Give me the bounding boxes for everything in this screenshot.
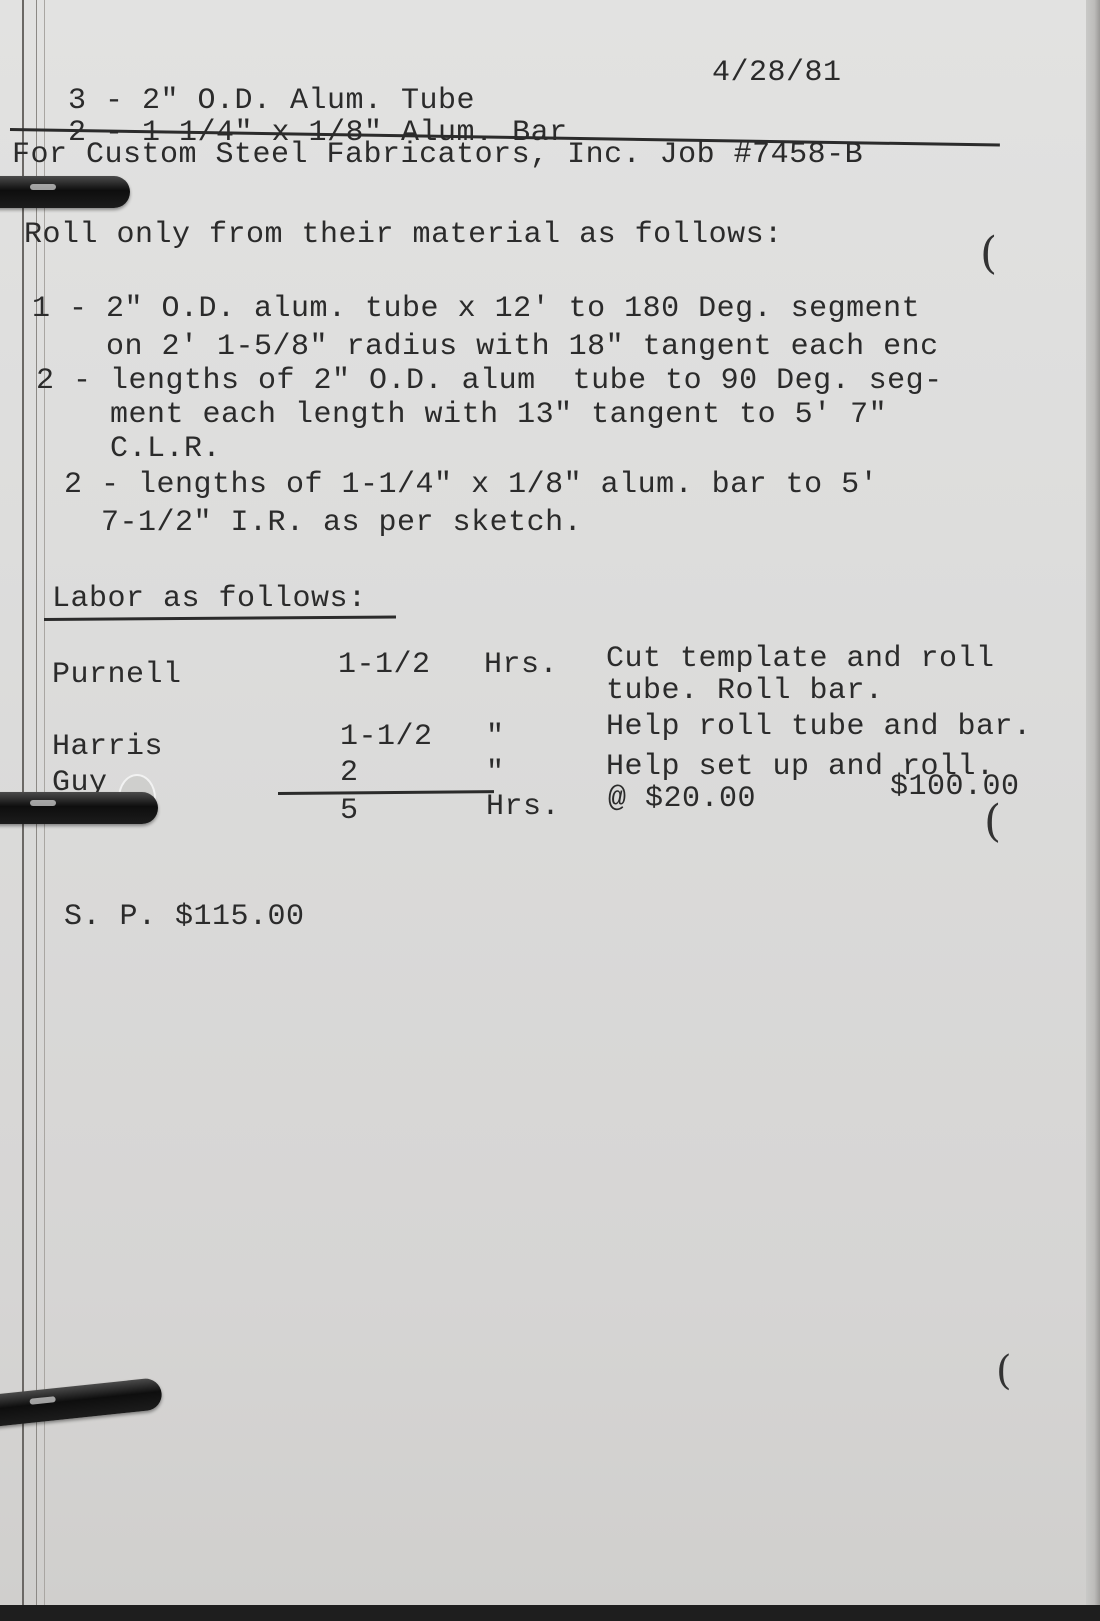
material-line-tube: 3 - 2" O.D. Alum. Tube xyxy=(68,86,475,116)
labor-rate: @ $20.00 xyxy=(608,784,756,814)
item-1-line-2: on 2' 1-5/8" radius with 18" tangent eac… xyxy=(32,332,939,362)
labor-unit-purnell: Hrs. xyxy=(484,650,558,680)
item-2-line-1: 2 - lengths of 2" O.D. alum tube to 90 D… xyxy=(36,366,943,396)
labor-task-purnell-2: tube. Roll bar. xyxy=(606,676,884,706)
pencil-mark: ( xyxy=(980,228,997,279)
labor-hours-purnell: 1-1/2 xyxy=(338,650,431,680)
item-2-line-2: ment each length with 13" tangent to 5' … xyxy=(36,400,887,430)
binder-ring xyxy=(0,176,130,208)
selling-price: S. P. $115.00 xyxy=(64,902,305,932)
labor-unit-harris: " xyxy=(486,722,505,752)
page-stack-edge xyxy=(1086,0,1100,1621)
labor-hours-harris: 1-1/2 xyxy=(340,722,433,752)
item-3-line-1: 2 - lengths of 1-1/4" x 1/8" alum. bar t… xyxy=(64,470,878,500)
document-date: 4/28/81 xyxy=(712,58,842,88)
labor-total-unit: Hrs. xyxy=(486,792,560,822)
intro-line: Roll only from their material as follows… xyxy=(24,220,783,250)
item-3-line-2: 7-1/2" I.R. as per sketch. xyxy=(64,508,582,538)
pencil-mark: ( xyxy=(984,796,1001,847)
labor-heading: Labor as follows: xyxy=(52,584,367,614)
binder-ring xyxy=(0,792,158,824)
pencil-mark: ( xyxy=(996,1348,1012,1394)
customer-job-line: For Custom Steel Fabricators, Inc. Job #… xyxy=(12,140,863,170)
item-2-line-3: C.L.R. xyxy=(36,434,221,464)
labor-name-harris: Harris xyxy=(52,732,163,762)
labor-name-purnell: Purnell xyxy=(52,660,182,690)
page-bottom-shadow xyxy=(0,1605,1100,1621)
item-1-line-1: 1 - 2" O.D. alum. tube x 12' to 180 Deg.… xyxy=(32,294,920,324)
labor-total-hours: 5 xyxy=(340,796,359,826)
labor-unit-guy: " xyxy=(486,758,505,788)
labor-task-harris: Help roll tube and bar. xyxy=(606,712,1032,742)
labor-hours-guy: 2 xyxy=(340,758,359,788)
labor-task-purnell-1: Cut template and roll xyxy=(606,644,995,674)
